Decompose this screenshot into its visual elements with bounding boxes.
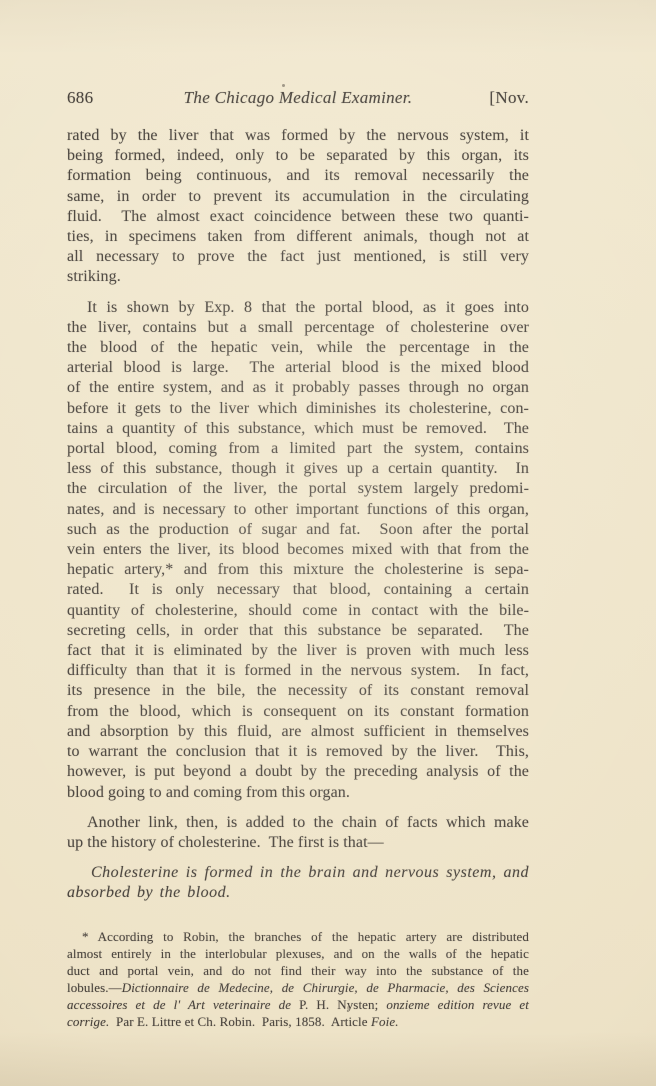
text-line: Another link, then, is added to the chai… bbox=[67, 813, 529, 833]
text-line: rated by the liver that was formed by th… bbox=[67, 126, 529, 146]
text-line: to warrant the conclusion that it is rem… bbox=[67, 742, 529, 762]
text-segment: striking. bbox=[67, 268, 121, 285]
text-segment: P. H. Nysten; bbox=[299, 997, 386, 1012]
text-line: same, in order to prevent its accumulati… bbox=[67, 187, 529, 207]
text-line: fluid. The almost exact coincidence betw… bbox=[67, 207, 529, 227]
text-line: rated. It is only necessary that blood, … bbox=[67, 580, 529, 600]
text-segment: of the entire system, and as it probably… bbox=[67, 379, 529, 396]
text-segment: vein enters the liver, its blood becomes… bbox=[67, 541, 529, 558]
text-segment: * According to Robin, the branches of th… bbox=[82, 929, 529, 944]
text-line: up the history of cholesterine. The firs… bbox=[67, 833, 529, 853]
text-line: lobules.—Dictionnaire de Medecine, de Ch… bbox=[67, 979, 529, 996]
journal-title: The Chicago Medical Examiner. bbox=[157, 88, 439, 108]
text-segment: Foie. bbox=[371, 1014, 399, 1029]
text-line: striking. bbox=[67, 267, 529, 287]
scanned-page: 686 The Chicago Medical Examiner. [Nov. … bbox=[0, 0, 656, 1086]
text-line: being formed, indeed, only to be separat… bbox=[67, 146, 529, 166]
text-segment: blood going to and coming from this orga… bbox=[67, 784, 350, 801]
text-line: arterial blood is large. The arterial bl… bbox=[67, 358, 529, 378]
text-line: * According to Robin, the branches of th… bbox=[67, 928, 529, 945]
text-line: Cholesterine is formed in the brain and … bbox=[67, 863, 529, 883]
another-link-paragraph: Another link, then, is added to the chai… bbox=[67, 813, 529, 853]
text-line: its presence in the bile, the necessity … bbox=[67, 681, 529, 701]
text-segment: being formed, indeed, only to be separat… bbox=[67, 147, 529, 164]
text-line: fact that it is eliminated by the liver … bbox=[67, 641, 529, 661]
text-segment: fluid. The almost exact coincidence betw… bbox=[67, 208, 529, 225]
footnote-paragraph: * According to Robin, the branches of th… bbox=[67, 928, 529, 1030]
text-segment: fact that it is eliminated by the liver … bbox=[67, 642, 529, 659]
text-line: secreting cells, in order that this subs… bbox=[67, 621, 529, 641]
text-line: vein enters the liver, its blood becomes… bbox=[67, 540, 529, 560]
text-line: portal blood, coming from a limited part… bbox=[67, 439, 529, 459]
text-segment: rated. It is only necessary that blood, … bbox=[67, 581, 529, 598]
text-line: less of this substance, though it gives … bbox=[67, 459, 529, 479]
text-segment: lobules.— bbox=[67, 980, 122, 995]
text-segment: accessoires et de l' Art veterinaire de bbox=[67, 997, 299, 1012]
text-segment: Another link, then, is added to the chai… bbox=[87, 814, 529, 831]
text-segment: Cholesterine is formed in the brain and … bbox=[91, 864, 529, 881]
text-line: the liver, contains but a small percenta… bbox=[67, 318, 529, 338]
text-segment: from the blood, which is consequent on i… bbox=[67, 703, 529, 720]
issue-month: [Nov. bbox=[439, 88, 529, 108]
text-segment: corrige. bbox=[67, 1014, 109, 1029]
text-line: formation being continuous, and its remo… bbox=[67, 166, 529, 186]
text-segment: less of this substance, though it gives … bbox=[67, 460, 529, 477]
text-segment: Dictionnaire de Medecine, de Chirurgie, … bbox=[122, 980, 529, 995]
text-segment: nates, and is necessary to other importa… bbox=[67, 501, 529, 518]
text-segment: quantity of cholesterine, should come in… bbox=[67, 602, 529, 619]
text-segment: absorbed by the blood. bbox=[67, 884, 231, 901]
text-line: all necessary to prove the fact just men… bbox=[67, 247, 529, 267]
text-line: and absorption by this fluid, are almost… bbox=[67, 722, 529, 742]
page-number: 686 bbox=[67, 88, 157, 108]
portal-blood-paragraph: It is shown by Exp. 8 that the portal bl… bbox=[67, 298, 529, 803]
text-line: absorbed by the blood. bbox=[67, 883, 529, 903]
text-line: accessoires et de l' Art veterinaire de … bbox=[67, 996, 529, 1013]
text-segment: formation being continuous, and its remo… bbox=[67, 167, 529, 184]
text-line: from the blood, which is consequent on i… bbox=[67, 702, 529, 722]
text-segment: and absorption by this fluid, are almost… bbox=[67, 723, 529, 740]
text-segment: It is shown by Exp. 8 that the portal bl… bbox=[87, 299, 529, 316]
text-line: such as the production of sugar and fat.… bbox=[67, 520, 529, 540]
text-line: corrige. Par E. Littre et Ch. Robin. Par… bbox=[67, 1013, 529, 1030]
text-line: difficulty than that it is formed in the… bbox=[67, 661, 529, 681]
text-line: of the entire system, and as it probably… bbox=[67, 378, 529, 398]
text-line: tains a quantity of this substance, whic… bbox=[67, 419, 529, 439]
text-line: however, is put beyond a doubt by the pr… bbox=[67, 762, 529, 782]
page-header: 686 The Chicago Medical Examiner. [Nov. bbox=[67, 88, 529, 108]
text-segment: the blood of the hepatic vein, while the… bbox=[67, 339, 529, 356]
text-segment: its presence in the bile, the necessity … bbox=[67, 682, 529, 699]
text-segment: tains a quantity of this substance, whic… bbox=[67, 420, 529, 437]
text-segment: difficulty than that it is formed in the… bbox=[67, 662, 529, 679]
text-segment: all necessary to prove the fact just men… bbox=[67, 248, 529, 265]
continuation-paragraph: rated by the liver that was formed by th… bbox=[67, 126, 529, 288]
conclusion-italic-paragraph: Cholesterine is formed in the brain and … bbox=[67, 863, 529, 903]
scan-speck bbox=[282, 84, 285, 87]
text-segment: same, in order to prevent its accumulati… bbox=[67, 188, 529, 205]
text-line: It is shown by Exp. 8 that the portal bl… bbox=[67, 298, 529, 318]
text-segment: such as the production of sugar and fat.… bbox=[67, 521, 529, 538]
text-segment: almost entirely in the interlobular plex… bbox=[67, 946, 529, 961]
text-segment: duct and portal vein, and do not find th… bbox=[67, 963, 529, 978]
text-line: the circulation of the liver, the portal… bbox=[67, 479, 529, 499]
text-segment: rated by the liver that was formed by th… bbox=[67, 127, 529, 144]
text-segment: up the history of cholesterine. The firs… bbox=[67, 834, 384, 851]
text-segment: the circulation of the liver, the portal… bbox=[67, 480, 529, 497]
text-line: nates, and is necessary to other importa… bbox=[67, 500, 529, 520]
text-segment: portal blood, coming from a limited part… bbox=[67, 440, 529, 457]
text-segment: Par E. Littre et Ch. Robin. Paris, 1858.… bbox=[109, 1014, 371, 1029]
text-line: duct and portal vein, and do not find th… bbox=[67, 962, 529, 979]
text-line: blood going to and coming from this orga… bbox=[67, 783, 529, 803]
text-line: the blood of the hepatic vein, while the… bbox=[67, 338, 529, 358]
text-column: rated by the liver that was formed by th… bbox=[67, 126, 529, 1030]
text-segment: before it gets to the liver which dimini… bbox=[67, 400, 529, 417]
text-line: ties, in specimens taken from different … bbox=[67, 227, 529, 247]
text-segment: to warrant the conclusion that it is rem… bbox=[67, 743, 529, 760]
text-segment: hepatic artery,* and from this mixture t… bbox=[67, 561, 529, 578]
text-line: almost entirely in the interlobular plex… bbox=[67, 945, 529, 962]
text-segment: arterial blood is large. The arterial bl… bbox=[67, 359, 529, 376]
text-line: before it gets to the liver which dimini… bbox=[67, 399, 529, 419]
text-segment: onzieme edition revue et bbox=[386, 997, 529, 1012]
text-line: hepatic artery,* and from this mixture t… bbox=[67, 560, 529, 580]
text-segment: ties, in specimens taken from different … bbox=[67, 228, 529, 245]
text-segment: however, is put beyond a doubt by the pr… bbox=[67, 763, 529, 780]
text-line: quantity of cholesterine, should come in… bbox=[67, 601, 529, 621]
text-segment: secreting cells, in order that this subs… bbox=[67, 622, 529, 639]
text-segment: the liver, contains but a small percenta… bbox=[67, 319, 529, 336]
